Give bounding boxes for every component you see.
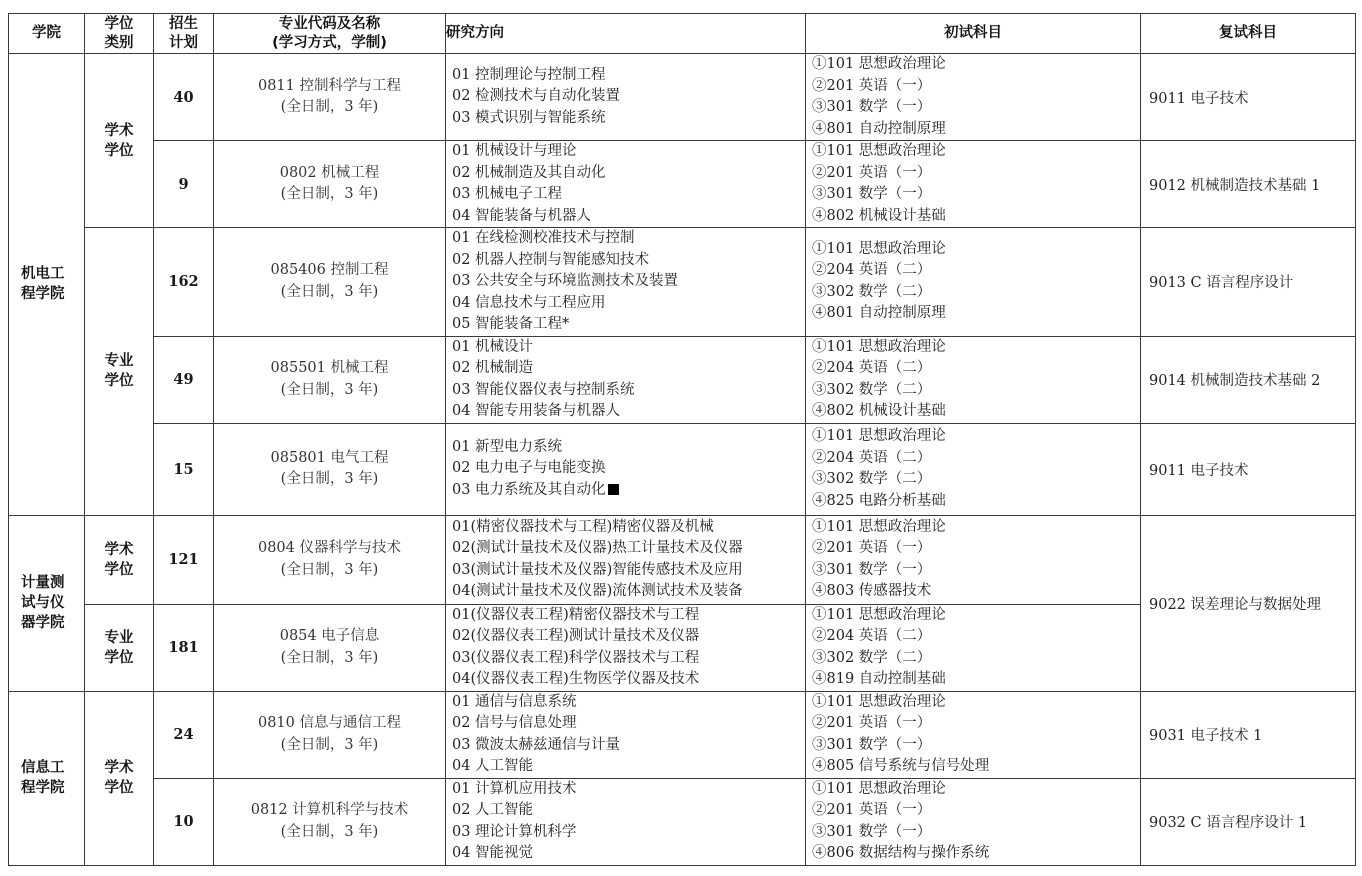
retest-cell: 9012 机械制造技术基础 1 (1141, 141, 1356, 228)
retest-cell: 9022 误差理论与数据处理 (1141, 515, 1356, 691)
exams-cell: ①101 思想政治理论②204 英语（二）③302 数学（二）④819 自动控制… (806, 604, 1141, 691)
table-row: 15 085801 电气工程(全日制，3 年) 01 新型电力系统02 电力电子… (9, 423, 1356, 515)
major-cell: 0812 计算机科学与技术(全日制，3 年) (214, 778, 446, 865)
retest-cell: 9014 机械制造技术基础 2 (1141, 336, 1356, 423)
directions-cell: 01(仪器仪表工程)精密仪器技术与工程02(仪器仪表工程)测试计量技术及仪器03… (446, 604, 806, 691)
retest-cell: 9011 电子技术 (1141, 423, 1356, 515)
table-row: 机电工程学院 学术学位 40 0811 控制科学与工程(全日制，3 年) 01 … (9, 54, 1356, 141)
degree-type-cell: 学术学位 (85, 691, 154, 865)
header-initial-exam: 初试科目 (806, 14, 1141, 54)
college-cell: 机电工程学院 (9, 54, 85, 516)
admissions-table: 学院 学位类别 招生计划 专业代码及名称(学习方式，学制) 研究方向 初试科目 … (8, 13, 1356, 866)
plan-cell: 9 (154, 141, 214, 228)
header-college: 学院 (9, 14, 85, 54)
directions-cell: 01 通信与信息系统02 信号与信息处理03 微波太赫兹通信与计量04 人工智能 (446, 691, 806, 778)
retest-cell: 9011 电子技术 (1141, 54, 1356, 141)
header-directions: 研究方向 (446, 14, 806, 54)
header-degree-type: 学位类别 (85, 14, 154, 54)
major-cell: 085801 电气工程(全日制，3 年) (214, 423, 446, 515)
plan-cell: 121 (154, 515, 214, 604)
degree-type-cell: 学术学位 (85, 515, 154, 604)
exams-cell: ①101 思想政治理论②201 英语（一）③301 数学（一）④801 自动控制… (806, 54, 1141, 141)
plan-cell: 10 (154, 778, 214, 865)
header-major: 专业代码及名称(学习方式，学制) (214, 14, 446, 54)
degree-type-cell: 专业学位 (85, 604, 154, 691)
directions-cell: 01 在线检测校准技术与控制02 机器人控制与智能感知技术03 公共安全与环境监… (446, 228, 806, 337)
directions-cell: 01 控制理论与控制工程02 检测技术与自动化装置03 模式识别与智能系统 (446, 54, 806, 141)
table-row: 专业学位 162 085406 控制工程(全日制，3 年) 01 在线检测校准技… (9, 228, 1356, 337)
major-cell: 0802 机械工程(全日制，3 年) (214, 141, 446, 228)
retest-cell: 9031 电子技术 1 (1141, 691, 1356, 778)
major-cell: 0804 仪器科学与技术(全日制，3 年) (214, 515, 446, 604)
table-row: 49 085501 机械工程(全日制，3 年) 01 机械设计02 机械制造03… (9, 336, 1356, 423)
major-cell: 085501 机械工程(全日制，3 年) (214, 336, 446, 423)
retest-cell: 9032 C 语言程序设计 1 (1141, 778, 1356, 865)
plan-cell: 49 (154, 336, 214, 423)
retest-cell: 9013 C 语言程序设计 (1141, 228, 1356, 337)
header-retest: 复试科目 (1141, 14, 1356, 54)
directions-cell: 01 新型电力系统02 电力电子与电能变换03 电力系统及其自动化 (446, 423, 806, 515)
major-cell: 085406 控制工程(全日制，3 年) (214, 228, 446, 337)
plan-cell: 162 (154, 228, 214, 337)
directions-cell: 01 机械设计与理论02 机械制造及其自动化03 机械电子工程04 智能装备与机… (446, 141, 806, 228)
table-row: 9 0802 机械工程(全日制，3 年) 01 机械设计与理论02 机械制造及其… (9, 141, 1356, 228)
college-cell: 计量测试与仪器学院 (9, 515, 85, 691)
exams-cell: ①101 思想政治理论②204 英语（二）③302 数学（二）④802 机械设计… (806, 336, 1141, 423)
header-enrollment: 招生计划 (154, 14, 214, 54)
directions-cell: 01 机械设计02 机械制造03 智能仪器仪表与控制系统04 智能专用装备与机器… (446, 336, 806, 423)
table-row: 10 0812 计算机科学与技术(全日制，3 年) 01 计算机应用技术02 人… (9, 778, 1356, 865)
plan-cell: 40 (154, 54, 214, 141)
black-square-icon (608, 484, 619, 495)
table-row: 计量测试与仪器学院 学术学位 121 0804 仪器科学与技术(全日制，3 年)… (9, 515, 1356, 604)
plan-cell: 15 (154, 423, 214, 515)
exams-cell: ①101 思想政治理论②201 英语（一）③301 数学（一）④802 机械设计… (806, 141, 1141, 228)
directions-cell: 01 计算机应用技术02 人工智能03 理论计算机科学04 智能视觉 (446, 778, 806, 865)
exams-cell: ①101 思想政治理论②201 英语（一）③301 数学（一）④803 传感器技… (806, 515, 1141, 604)
major-cell: 0854 电子信息(全日制，3 年) (214, 604, 446, 691)
exams-cell: ①101 思想政治理论②204 英语（二）③302 数学（二）④801 自动控制… (806, 228, 1141, 337)
exams-cell: ①101 思想政治理论②201 英语（一）③301 数学（一）④806 数据结构… (806, 778, 1141, 865)
major-cell: 0811 控制科学与工程(全日制，3 年) (214, 54, 446, 141)
header-row: 学院 学位类别 招生计划 专业代码及名称(学习方式，学制) 研究方向 初试科目 … (9, 14, 1356, 54)
degree-type-cell: 学术学位 (85, 54, 154, 228)
exams-cell: ①101 思想政治理论②201 英语（一）③301 数学（一）④805 信号系统… (806, 691, 1141, 778)
table-row: 信息工程学院 学术学位 24 0810 信息与通信工程(全日制，3 年) 01 … (9, 691, 1356, 778)
directions-cell: 01(精密仪器技术与工程)精密仪器及机械02(测试计量技术及仪器)热工计量技术及… (446, 515, 806, 604)
college-cell: 信息工程学院 (9, 691, 85, 865)
plan-cell: 181 (154, 604, 214, 691)
major-cell: 0810 信息与通信工程(全日制，3 年) (214, 691, 446, 778)
exams-cell: ①101 思想政治理论②204 英语（二）③302 数学（二）④825 电路分析… (806, 423, 1141, 515)
degree-type-cell: 专业学位 (85, 228, 154, 516)
plan-cell: 24 (154, 691, 214, 778)
